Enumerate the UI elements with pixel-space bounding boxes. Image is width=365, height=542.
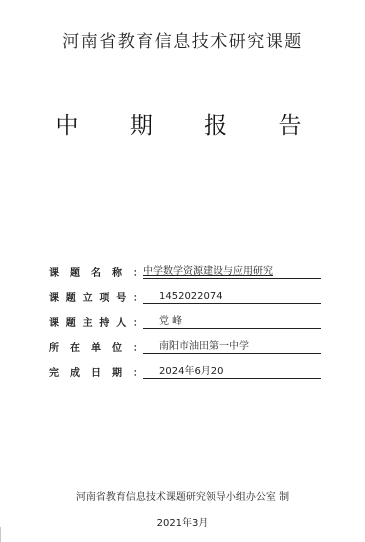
field-row-completion-date: 完成日期： 2024年6月20 bbox=[49, 354, 329, 379]
document-title: 河南省教育信息技术研究课题 bbox=[0, 27, 365, 52]
footer-date: 2021年3月 bbox=[0, 514, 365, 529]
field-row-project-number: 课题立项号： 1452022074 bbox=[49, 279, 329, 304]
field-row-unit: 所在单位： 南阳市油田第一中学 bbox=[49, 329, 329, 354]
field-label: 课题立项号： bbox=[49, 289, 143, 304]
field-row-project-name: 课题名称： 中学数学资源建设与应用研究 bbox=[49, 254, 329, 279]
footer-issuer: 河南省教育信息技术课题研究领导小组办公室 制 bbox=[0, 488, 365, 503]
completion-date-value: 2024年6月20 bbox=[143, 365, 321, 379]
project-name-value: 中学数学资源建设与应用研究 bbox=[143, 265, 321, 279]
field-row-host: 课题主持人： 党 峰 bbox=[49, 304, 329, 329]
report-type-heading: 中 期 报 告 bbox=[0, 107, 365, 140]
field-label: 课题名称： bbox=[49, 264, 143, 279]
field-label: 课题主持人： bbox=[49, 314, 143, 329]
info-fields: 课题名称： 中学数学资源建设与应用研究 课题立项号： 1452022074 课题… bbox=[49, 254, 329, 379]
unit-value: 南阳市油田第一中学 bbox=[143, 340, 321, 354]
host-value: 党 峰 bbox=[143, 315, 321, 329]
field-label: 所在单位： bbox=[49, 339, 143, 354]
page-edge-mark bbox=[0, 527, 1, 542]
field-label: 完成日期： bbox=[49, 364, 143, 379]
project-number-value: 1452022074 bbox=[143, 290, 321, 304]
